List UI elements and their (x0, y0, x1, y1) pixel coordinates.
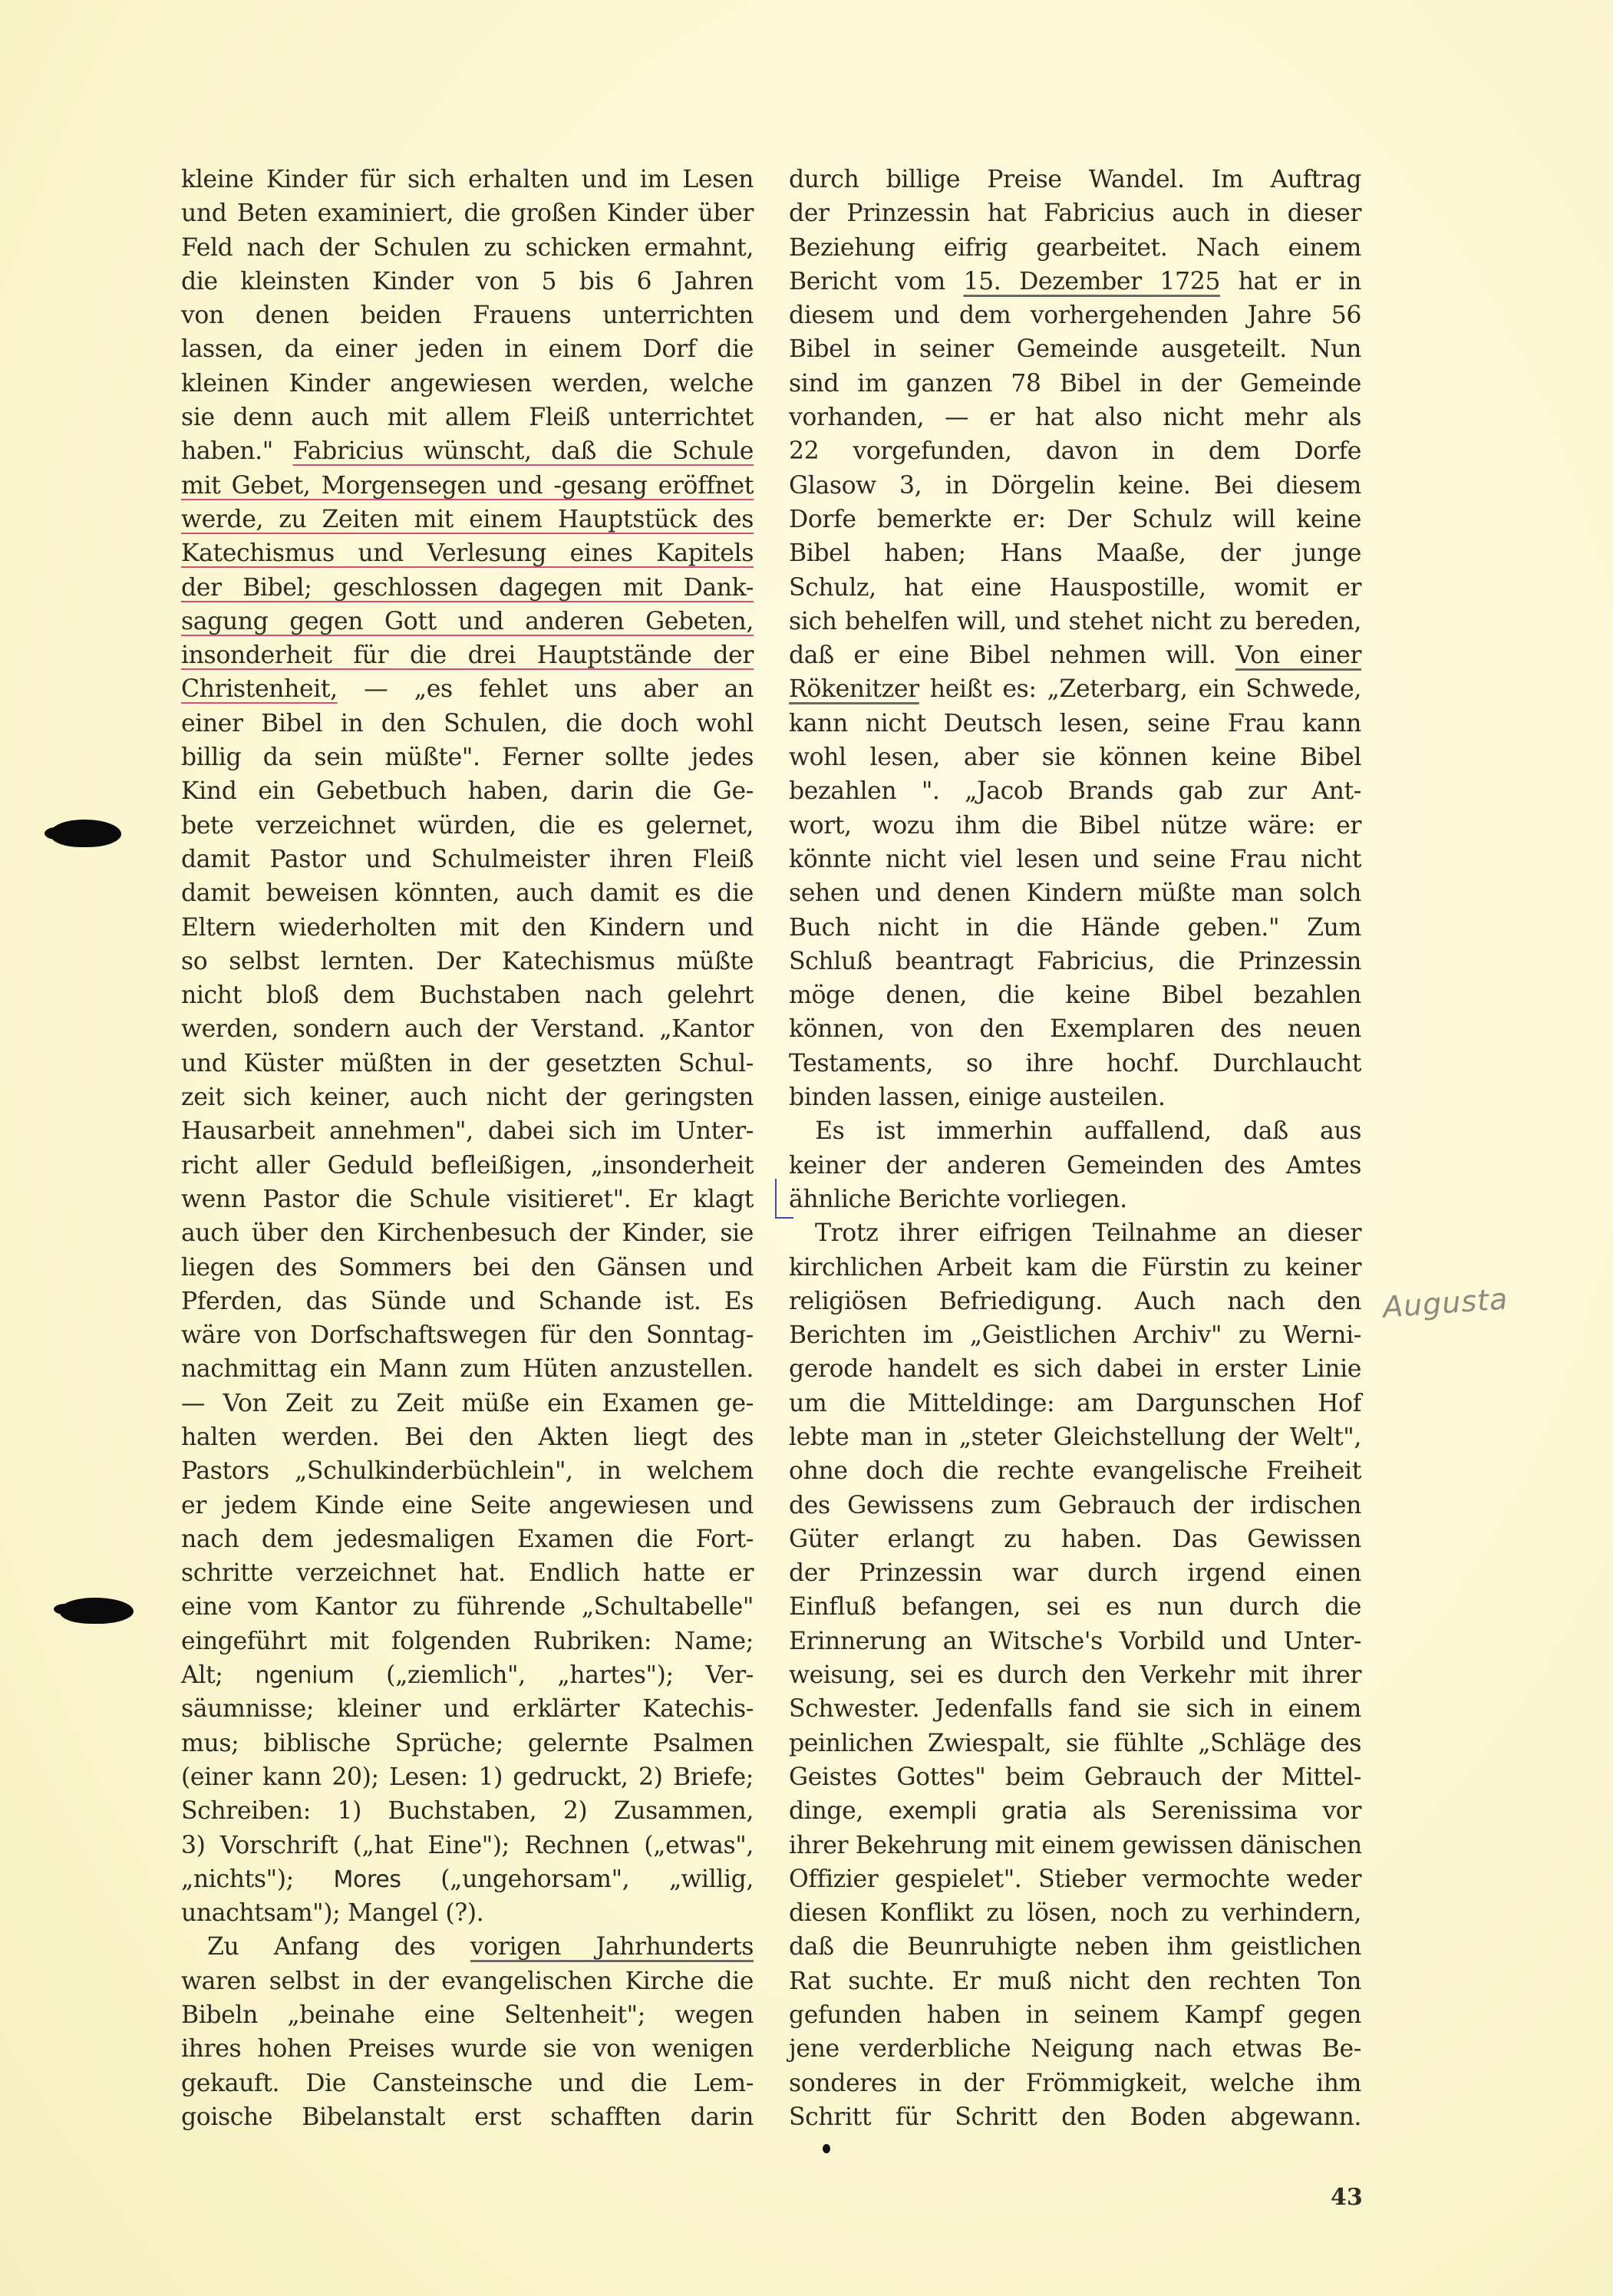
text-line: ihrer Bekehrung mit einem gewissen dänis… (789, 1829, 1361, 1862)
text-line: daß er eine Bibel nehmen will. Von einer (789, 638, 1361, 672)
text-line: religiösen Befriedigung. Auch nach den (789, 1285, 1361, 1318)
text-segment: „nichts"); (181, 1865, 334, 1893)
punch-hole-bottom (60, 1598, 134, 1624)
text-line: bezahlen ". „Jacob Brands gab zur Ant- (789, 774, 1361, 808)
text-line: Buch nicht in die Hände geben." Zum (789, 911, 1361, 945)
text-line: kann nicht Deutsch lesen, seine Frau kan… (789, 707, 1361, 741)
text-line: keiner der anderen Gemeinden des Amtes (789, 1149, 1361, 1183)
text-line: Hausarbeit annehmen", dabei sich im Unte… (181, 1114, 754, 1148)
paragraph-start: Es ist immerhin auffallend, daß aus (789, 1114, 1361, 1148)
text-line: dinge, exempli gratia als Serenissima vo… (789, 1794, 1361, 1828)
text-line: — Von Zeit zu Zeit müße ein Examen ge- (181, 1387, 754, 1420)
text-line: sind im ganzen 78 Bibel in der Gemeinde (789, 367, 1361, 401)
text-line: Bibel haben; Hans Maaße, der junge (789, 536, 1361, 570)
text-line: mus; biblische Sprüche; gelernte Psalmen (181, 1727, 754, 1760)
text-line: goische Bibelanstalt erst schafften dari… (181, 2100, 754, 2134)
text-line: Berichten im „Geistlichen Archiv" zu Wer… (789, 1318, 1361, 1352)
text-line: Katechismus und Verlesung eines Kapitels (181, 536, 754, 570)
text-line: ihres hohen Preises wurde sie von wenige… (181, 2032, 754, 2066)
text-line: wohl lesen, aber sie können keine Bibel (789, 741, 1361, 774)
text-line: 3) Vorschrift („hat Eine"); Rechnen („et… (181, 1829, 754, 1862)
text-line: und Küster müßten in der gesetzten Schul… (181, 1047, 754, 1080)
text-line: daß die Beunruhigte neben ihm geistliche… (789, 1930, 1361, 1964)
text-line: eingeführt mit folgenden Rubriken: Name; (181, 1625, 754, 1658)
red-underlined-text: Katechismus und Verlesung eines Kapitels (181, 539, 754, 567)
text-line: der Bibel; geschlossen dagegen mit Dank- (181, 571, 754, 605)
text-line: gerode handelt es sich dabei in erster L… (789, 1352, 1361, 1386)
right-column: durch billige Preise Wandel. Im Auftrag … (789, 163, 1361, 2134)
text-line: schritte verzeichnet hat. Endlich hatte … (181, 1556, 754, 1590)
punch-hole-top (51, 820, 121, 847)
text-line: richt aller Geduld befleißigen, „insonde… (181, 1149, 754, 1183)
text-line: Feld nach der Schulen zu schicken ermahn… (181, 231, 754, 265)
text-segment: („ungehorsam", „willig, (401, 1865, 754, 1893)
text-line: wäre von Dorfschaftswegen für den Sonnta… (181, 1318, 754, 1352)
text-line: gekauft. Die Cansteinsche und die Lem- (181, 2067, 754, 2100)
text-line: Geistes Gottes" beim Gebrauch der Mittel… (789, 1760, 1361, 1794)
text-line: Rat suchte. Er muß nicht den rechten Ton (789, 1964, 1361, 1998)
latin-term: Mores (334, 1866, 401, 1893)
text-line: halten werden. Bei den Akten liegt des (181, 1420, 754, 1454)
text-segment: dinge, (789, 1797, 889, 1825)
red-underlined-text: mit Gebet, Morgensegen und -gesang eröff… (181, 472, 754, 500)
text-segment: — „es fehlet uns aber an (338, 675, 754, 703)
text-line: Bibeln „beinahe eine Seltenheit"; wegen (181, 1998, 754, 2032)
text-line: Einfluß befangen, sei es nun durch die (789, 1590, 1361, 1624)
text-line: Dorfe bemerkte er: Der Schulz will keine (789, 503, 1361, 536)
text-line: sehen und denen Kindern müßte man solch (789, 876, 1361, 910)
text-line: er jedem Kinde eine Seite angewiesen und (181, 1489, 754, 1522)
text-line: Offizier gespielet". Stieber vermochte w… (789, 1862, 1361, 1896)
page-number: 43 (1331, 2184, 1363, 2211)
text-line: zeit sich keiner, auch nicht der gerings… (181, 1080, 754, 1114)
text-line: sagung gegen Gott und anderen Gebeten, (181, 605, 754, 638)
text-segment: Bericht vom (789, 268, 964, 295)
text-line: Kind ein Gebetbuch haben, darin die Ge- (181, 774, 754, 808)
text-line: haben." Fabricius wünscht, daß die Schul… (181, 434, 754, 468)
ink-dot (823, 2144, 830, 2153)
text-line: insonderheit für die drei Hauptstände de… (181, 638, 754, 672)
text-line: Glasow 3, in Dörgelin keine. Bei diesem (789, 469, 1361, 503)
text-line: säumnisse; kleiner und erklärter Katechi… (181, 1692, 754, 1726)
text-line: von denen beiden Frauens unterrichten (181, 299, 754, 332)
text-line: eine vom Kantor zu führende „Schultabell… (181, 1590, 754, 1624)
text-line: Erinnerung an Witsche's Vorbild und Unte… (789, 1625, 1361, 1658)
grey-underlined-date: 15. Dezember 1725 (964, 268, 1220, 295)
text-line: Testaments, so ihre hochf. Durchlaucht (789, 1047, 1361, 1080)
text-line: damit beweisen könnten, auch damit es di… (181, 876, 754, 910)
text-line: binden lassen, einige austeilen. (789, 1080, 1361, 1114)
text-line: werde, zu Zeiten mit einem Hauptstück de… (181, 503, 754, 536)
text-line: wort, wozu ihm die Bibel nütze wäre: er (789, 809, 1361, 843)
latin-term: ngenium (255, 1662, 354, 1689)
red-underlined-text: sagung gegen Gott und anderen Gebeten, (181, 608, 754, 635)
text-line: billig da sein müßte". Ferner sollte jed… (181, 741, 754, 774)
text-line: nachmittag ein Mann zum Hüten anzustelle… (181, 1352, 754, 1386)
text-line: bete verzeichnet würden, die es gelernet… (181, 809, 754, 843)
red-underlined-text: Fabricius wünscht, daß die Schule (292, 437, 754, 465)
grey-underlined-text: Rökenitzer (789, 675, 919, 703)
text-line: nach dem jedesmaligen Examen die Fort- (181, 1522, 754, 1556)
text-line: sonderes in der Frömmigkeit, welche ihm (789, 2067, 1361, 2100)
text-line: Bibel in seiner Gemeinde ausgeteilt. Nun (789, 332, 1361, 366)
text-segment: („ziemlich", „hartes"); Ver- (355, 1661, 754, 1689)
text-segment: Alt; (181, 1661, 255, 1689)
text-line: waren selbst in der evangelischen Kirche… (181, 1964, 754, 1998)
text-line: des Gewissens zum Gebrauch der irdischen (789, 1489, 1361, 1522)
text-line: Eltern wiederholten mit den Kindern und (181, 911, 754, 945)
text-line: Bericht vom 15. Dezember 1725 hat er in (789, 265, 1361, 299)
red-underlined-text: Christenheit, (181, 675, 338, 703)
text-line: sie denn auch mit allem Fleiß unterricht… (181, 401, 754, 434)
text-line: nicht bloß dem Buchstaben nach gelehrt (181, 978, 754, 1012)
text-line: Schwester. Jedenfalls fand sie sich in e… (789, 1692, 1361, 1726)
text-line: vorhanden, — er hat also nicht mehr als (789, 401, 1361, 434)
latin-term: exempli gratia (889, 1798, 1067, 1825)
text-line: und Beten examiniert, die großen Kinder … (181, 196, 754, 230)
text-line: gefunden haben in seinem Kampf gegen (789, 1998, 1361, 2032)
text-line: möge denen, die keine Bibel bezahlen (789, 978, 1361, 1012)
text-line: ähnliche Berichte vorliegen. (789, 1183, 1361, 1216)
text-line: Schritt für Schritt den Boden abgewann. (789, 2100, 1361, 2134)
text-line: kleine Kinder für sich erhalten und im L… (181, 163, 754, 196)
text-line: sich behelfen will, und stehet nicht zu … (789, 605, 1361, 638)
text-segment: Zu Anfang des (207, 1933, 470, 1961)
text-line: Pastors „Schulkinderbüchlein", in welche… (181, 1454, 754, 1488)
text-line: Schluß beantragt Fabricius, die Prinzess… (789, 945, 1361, 978)
text-line: Beziehung eifrig gearbeitet. Nach einem (789, 231, 1361, 265)
text-line: kirchlichen Arbeit kam die Fürstin zu ke… (789, 1251, 1361, 1285)
text-line: (einer kann 20); Lesen: 1) gedruckt, 2) … (181, 1760, 754, 1794)
text-segment: haben." (181, 437, 292, 465)
text-line: 22 vorgefunden, davon in dem Dorfe (789, 434, 1361, 468)
text-line: der Prinzessin hat Fabricius auch in die… (789, 196, 1361, 230)
text-line: durch billige Preise Wandel. Im Auftrag (789, 163, 1361, 196)
text-line: können, von den Exemplaren des neuen (789, 1012, 1361, 1046)
text-line: Pferden, das Sünde und Schande ist. Es (181, 1285, 754, 1318)
red-underlined-text: insonderheit für die drei Hauptstände de… (181, 642, 754, 669)
text-line: Rökenitzer heißt es: „Zeterbarg, ein Sch… (789, 672, 1361, 706)
text-line: weisung, sei es durch den Verkehr mit ih… (789, 1658, 1361, 1692)
text-line: Schulz, hat eine Hauspostille, womit er (789, 571, 1361, 605)
text-line: kleinen Kinder angewiesen werden, welche (181, 367, 754, 401)
text-line: Alt; ngenium („ziemlich", „hartes"); Ver… (181, 1658, 754, 1692)
text-line: mit Gebet, Morgensegen und -gesang eröff… (181, 469, 754, 503)
text-line: diesen Konflikt zu lösen, noch zu verhin… (789, 1896, 1361, 1930)
blue-margin-bracket-mark (775, 1179, 793, 1219)
text-line: ohne doch die rechte evangelische Freihe… (789, 1454, 1361, 1488)
text-line: Güter erlangt zu haben. Das Gewissen (789, 1522, 1361, 1556)
text-segment: hat er in (1220, 268, 1361, 295)
text-line: jene verderbliche Neigung nach etwas Be- (789, 2032, 1361, 2066)
text-line: wenn Pastor die Schule visitieret". Er k… (181, 1183, 754, 1216)
text-line: Christenheit, — „es fehlet uns aber an (181, 672, 754, 706)
paragraph-start: Zu Anfang des vorigen Jahrhunderts (181, 1930, 754, 1964)
text-line: liegen des Sommers bei den Gänsen und (181, 1251, 754, 1285)
text-line: werden, sondern auch der Verstand. „Kant… (181, 1012, 754, 1046)
text-line: lebte man in „steter Gleichstellung der … (789, 1420, 1361, 1454)
text-line: diesem und dem vorhergehenden Jahre 56 (789, 299, 1361, 332)
text-line: so selbst lernten. Der Katechismus müßte (181, 945, 754, 978)
paragraph-start: Trotz ihrer eifrigen Teilnahme an dieser (789, 1216, 1361, 1250)
text-line: „nichts"); Mores („ungehorsam", „willig, (181, 1862, 754, 1896)
text-segment: daß er eine Bibel nehmen will. (789, 642, 1235, 669)
text-line: um die Mitteldinge: am Dargunschen Hof (789, 1387, 1361, 1420)
text-line: damit Pastor und Schulmeister ihren Flei… (181, 843, 754, 876)
text-line: Schreiben: 1) Buchstaben, 2) Zusammen, (181, 1794, 754, 1828)
text-line: die kleinsten Kinder von 5 bis 6 Jahren (181, 265, 754, 299)
text-line: lassen, da einer jeden in einem Dorf die (181, 332, 754, 366)
text-line: auch über den Kirchenbesuch der Kinder, … (181, 1216, 754, 1250)
left-column: kleine Kinder für sich erhalten und im L… (181, 163, 754, 2134)
red-underlined-text: werde, zu Zeiten mit einem Hauptstück de… (181, 506, 754, 533)
text-line: könnte nicht viel lesen und seine Frau n… (789, 843, 1361, 876)
grey-underlined-text: Von einer (1235, 642, 1361, 669)
text-line: peinlichen Zwiespalt, sie fühlte „Schläg… (789, 1727, 1361, 1760)
text-segment: als Serenissima vor (1067, 1797, 1361, 1825)
text-line: unachtsam"); Mangel (?). (181, 1896, 754, 1930)
grey-underlined-text: vorigen Jahrhunderts (470, 1933, 754, 1961)
text-line: einer Bibel in den Schulen, die doch woh… (181, 707, 754, 741)
text-segment: heißt es: „Zeterbarg, ein Schwede, (919, 675, 1361, 703)
handwritten-margin-note: Augusta (1382, 1282, 1509, 1324)
text-line: der Prinzessin war durch irgend einen (789, 1556, 1361, 1590)
red-underlined-text: der Bibel; geschlossen dagegen mit Dank- (181, 574, 754, 602)
